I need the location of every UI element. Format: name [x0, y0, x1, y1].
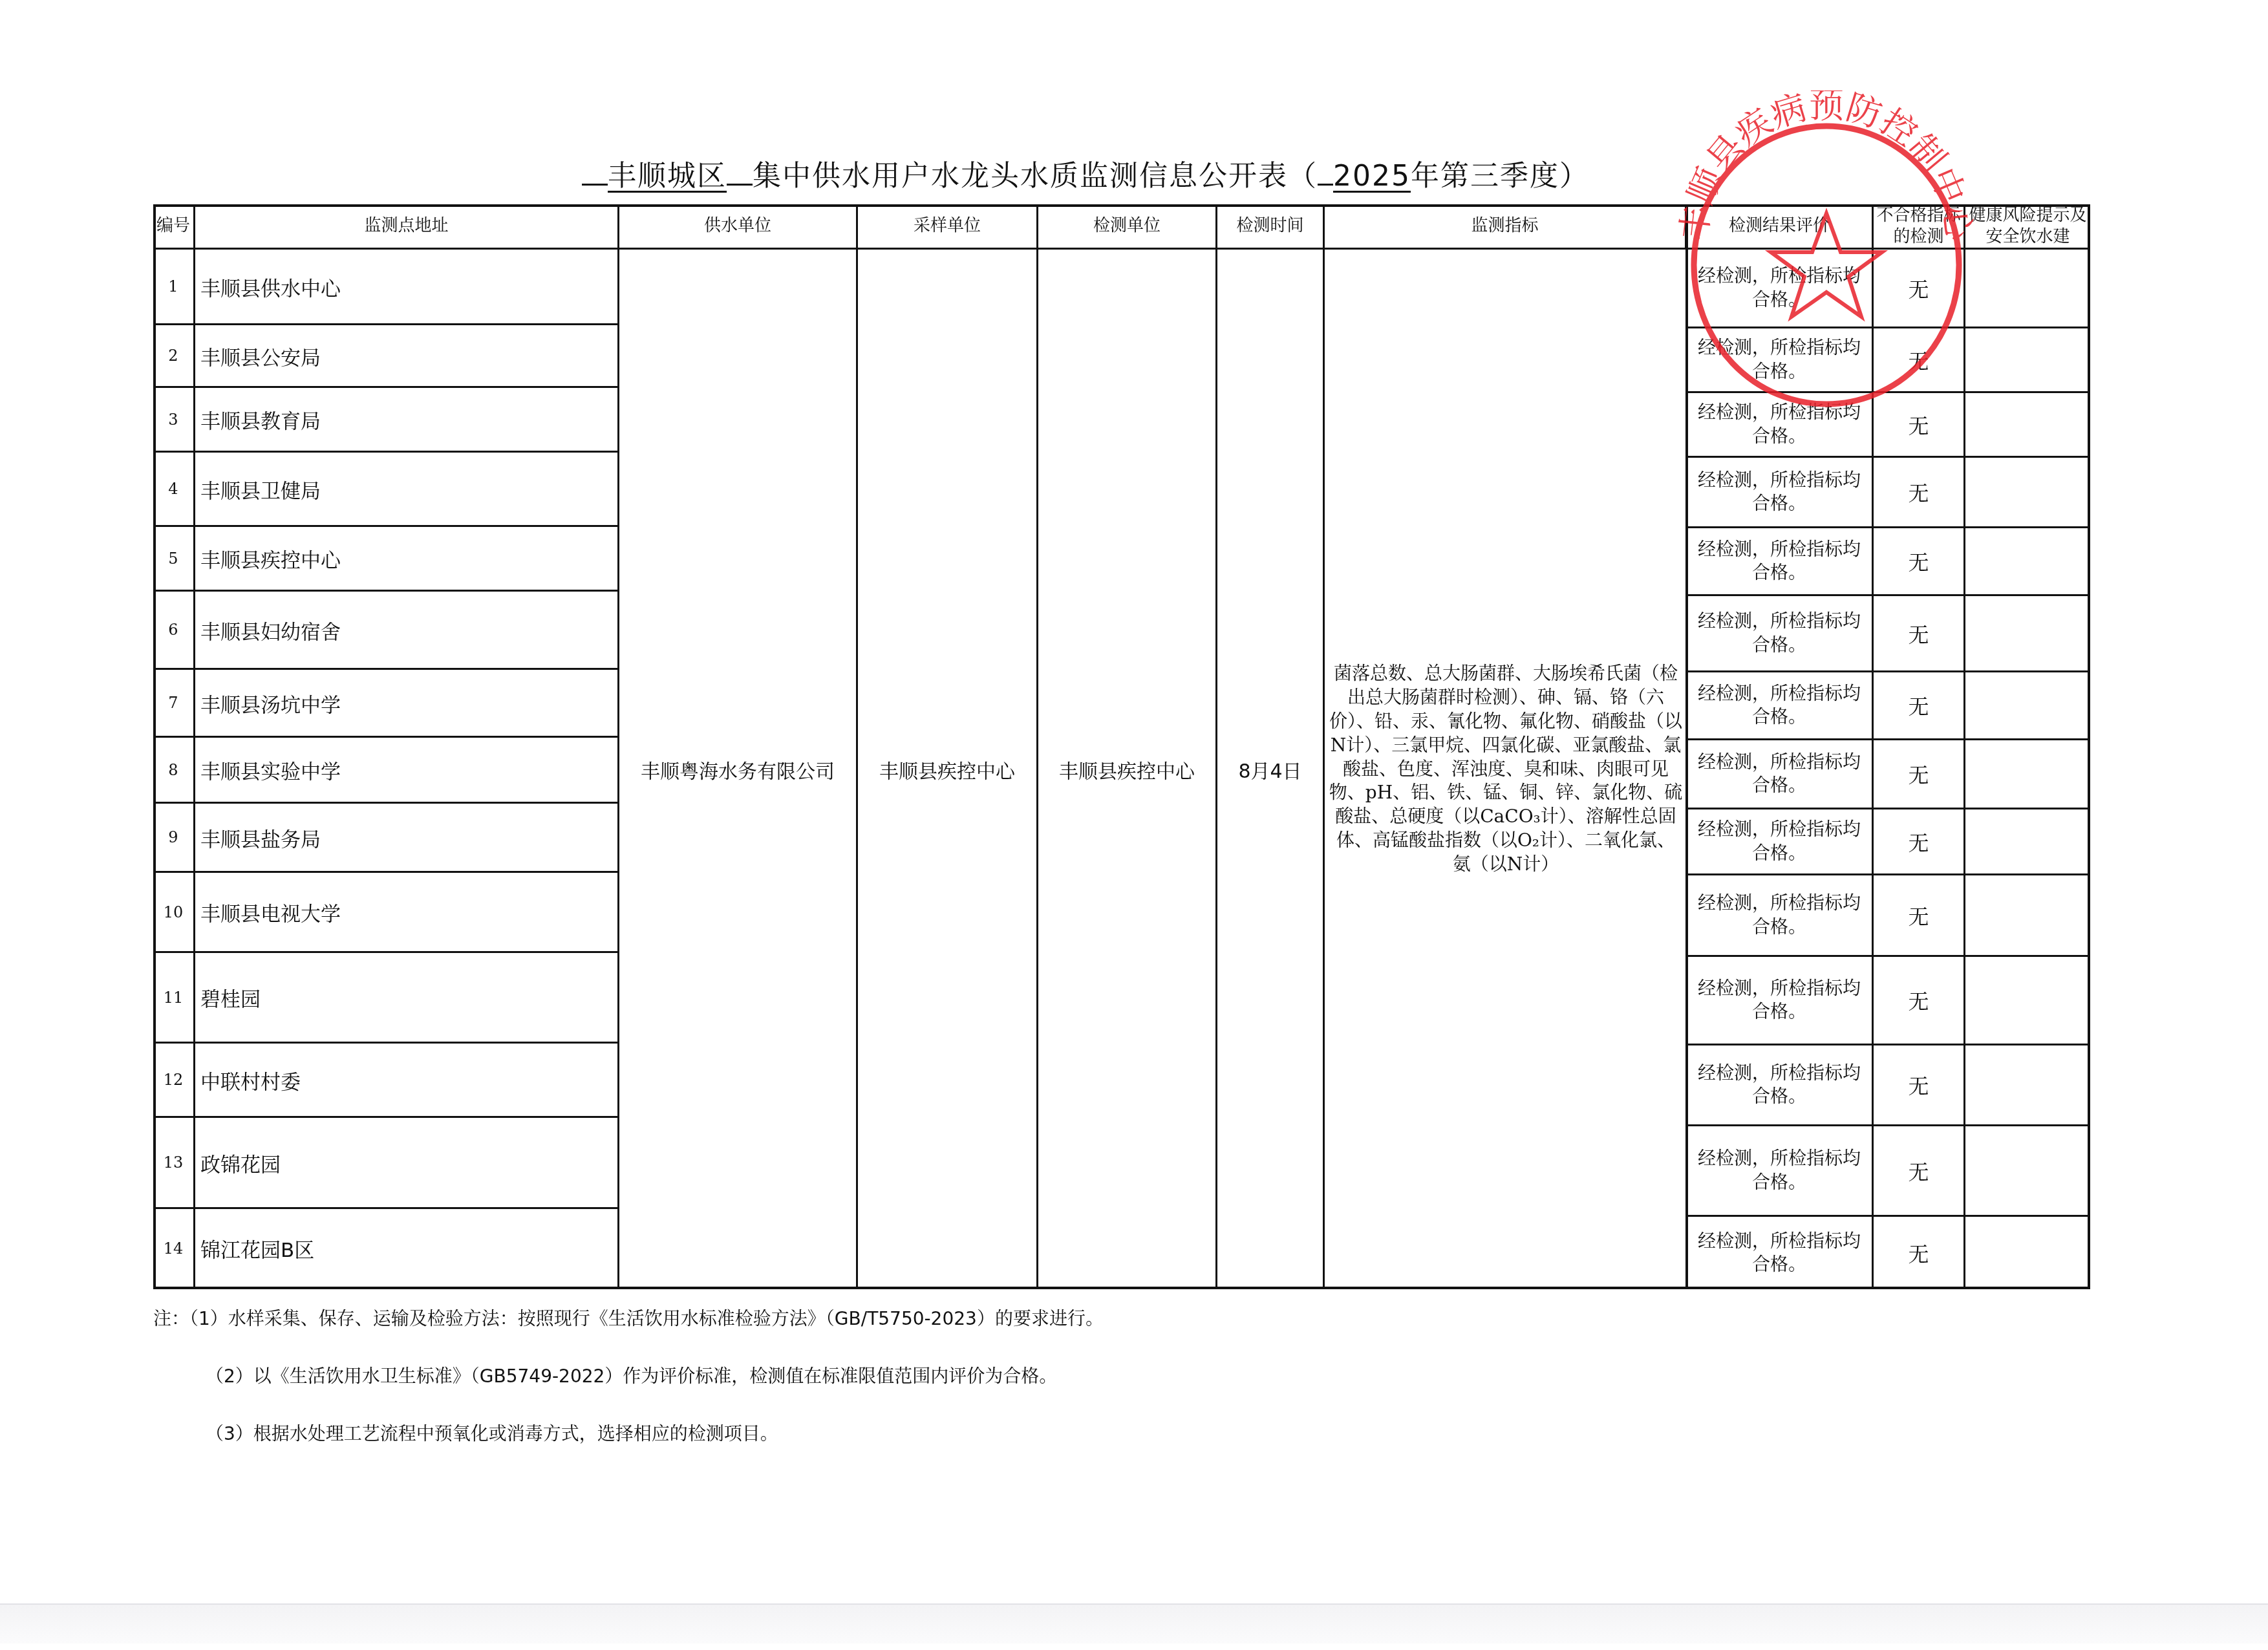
row-number: 5: [153, 527, 195, 592]
header-water-supplier: 供水单位: [619, 204, 858, 250]
header-indicators: 监测指标: [1325, 204, 1687, 250]
header-sampling-unit: 采样单位: [858, 204, 1038, 250]
result-evaluation: 经检测，所检指标均合格。: [1687, 875, 1874, 957]
failed-indicators: 无: [1874, 740, 1965, 809]
monitoring-point-address: 丰顺县教育局: [195, 388, 619, 453]
failed-indicators: 无: [1874, 1217, 1965, 1289]
row-number: 13: [153, 1118, 195, 1209]
row-number: 11: [153, 953, 195, 1044]
result-evaluation: 经检测，所检指标均合格。: [1687, 1217, 1874, 1289]
failed-indicators: 无: [1874, 528, 1965, 596]
header-testing-unit: 检测单位: [1038, 204, 1217, 250]
testing-unit-cell: 丰顺县疾控中心: [1038, 250, 1217, 1289]
header-address: 监测点地址: [195, 204, 619, 250]
scan-edge: [0, 1603, 2268, 1644]
indicators-cell: 菌落总数、总大肠菌群、大肠埃希氏菌（检出总大肠菌群时检测）、砷、镉、铬（六价）、…: [1325, 250, 1687, 1289]
failed-indicators: 无: [1874, 393, 1965, 458]
health-advice: [1965, 809, 2090, 875]
row-number: 2: [153, 325, 195, 388]
health-advice: [1965, 528, 2090, 596]
result-evaluation: 经检测，所检指标均合格。: [1687, 528, 1874, 596]
title-region: 丰顺城区: [608, 160, 727, 193]
monitoring-point-address: 锦江花园B区: [195, 1209, 619, 1289]
monitoring-point-address: 丰顺县卫健局: [195, 453, 619, 527]
row-number: 6: [153, 592, 195, 670]
result-evaluation: 经检测，所检指标均合格。: [1687, 1126, 1874, 1217]
health-advice: [1965, 328, 2090, 393]
result-evaluation: 经检测，所检指标均合格。: [1687, 250, 1874, 328]
result-evaluation: 经检测，所检指标均合格。: [1687, 393, 1874, 458]
result-evaluation: 经检测，所检指标均合格。: [1687, 328, 1874, 393]
note-2: （2）以《生活饮用水卫生标准》（GB5749-2022）作为评价标准，检测值在标…: [206, 1362, 1057, 1388]
test-date-cell: 8月4日: [1217, 250, 1325, 1289]
health-advice: [1965, 875, 2090, 957]
failed-indicators: 无: [1874, 809, 1965, 875]
health-advice: [1965, 393, 2090, 458]
monitoring-point-address: 丰顺县公安局: [195, 325, 619, 388]
failed-indicators: 无: [1874, 328, 1965, 393]
monitoring-point-address: 碧桂园: [195, 953, 619, 1044]
water-supplier-cell: 丰顺粤海水务有限公司: [619, 250, 858, 1289]
monitoring-point-address: 丰顺县疾控中心: [195, 527, 619, 592]
result-evaluation: 经检测，所检指标均合格。: [1687, 596, 1874, 672]
row-number: 10: [153, 873, 195, 953]
monitoring-point-address: 丰顺县电视大学: [195, 873, 619, 953]
failed-indicators: 无: [1874, 458, 1965, 528]
result-evaluation: 经检测，所检指标均合格。: [1687, 809, 1874, 875]
monitoring-table: 编号监测点地址供水单位采样单位检测单位检测时间监测指标1丰顺县供水中心2丰顺县公…: [153, 204, 1688, 1289]
monitoring-point-address: 政锦花园: [195, 1118, 619, 1209]
failed-indicators: 无: [1874, 1126, 1965, 1217]
health-advice: [1965, 957, 2090, 1045]
header-test-date: 检测时间: [1217, 204, 1325, 250]
row-number: 3: [153, 388, 195, 453]
health-advice: [1965, 1126, 2090, 1217]
header-result-evaluation: 检测结果评价: [1687, 204, 1874, 250]
health-advice: [1965, 458, 2090, 528]
monitoring-point-address: 丰顺县汤坑中学: [195, 670, 619, 738]
title-underline-pad: [582, 182, 608, 186]
health-advice: [1965, 596, 2090, 672]
title-underline-pad: [1318, 182, 1333, 186]
failed-indicators: 无: [1874, 1045, 1965, 1126]
row-number: 7: [153, 670, 195, 738]
monitoring-point-address: 中联村村委: [195, 1044, 619, 1118]
note-3: （3）根据水处理工艺流程中预氧化或消毒方式，选择相应的检测项目。: [206, 1420, 778, 1446]
result-evaluation: 经检测，所检指标均合格。: [1687, 1045, 1874, 1126]
failed-indicators: 无: [1874, 672, 1965, 740]
failed-indicators: 无: [1874, 957, 1965, 1045]
row-number: 8: [153, 738, 195, 804]
document-title: 丰顺城区集中供水用户水龙头水质监测信息公开表（2025年第三季度）: [582, 153, 1589, 194]
title-period: 年第三季度）: [1411, 160, 1589, 193]
row-number: 14: [153, 1209, 195, 1289]
monitoring-point-address: 丰顺县实验中学: [195, 738, 619, 804]
monitoring-point-address: 丰顺县供水中心: [195, 250, 619, 325]
row-number: 1: [153, 250, 195, 325]
health-advice: [1965, 740, 2090, 809]
monitoring-point-address: 丰顺县盐务局: [195, 804, 619, 873]
result-evaluation: 经检测，所检指标均合格。: [1687, 672, 1874, 740]
monitoring-point-address: 丰顺县妇幼宿舍: [195, 592, 619, 670]
result-evaluation: 经检测，所检指标均合格。: [1687, 957, 1874, 1045]
header-health-advice: 健康风险提示及安全饮水建: [1965, 204, 2090, 250]
row-number: 9: [153, 804, 195, 873]
sampling-unit-cell: 丰顺县疾控中心: [858, 250, 1038, 1289]
failed-indicators: 无: [1874, 875, 1965, 957]
title-year: 2025: [1333, 160, 1411, 193]
results-table: 检测结果评价不合格指标的检测健康风险提示及安全饮水建经检测，所检指标均合格。无经…: [1687, 204, 2090, 1289]
header-failed-indicators: 不合格指标的检测: [1874, 204, 1965, 250]
result-evaluation: 经检测，所检指标均合格。: [1687, 740, 1874, 809]
health-advice: [1965, 1045, 2090, 1126]
row-number: 12: [153, 1044, 195, 1118]
row-number: 4: [153, 453, 195, 527]
health-advice: [1965, 1217, 2090, 1289]
result-evaluation: 经检测，所检指标均合格。: [1687, 458, 1874, 528]
header-number: 编号: [153, 204, 195, 250]
failed-indicators: 无: [1874, 596, 1965, 672]
failed-indicators: 无: [1874, 250, 1965, 328]
title-underline-pad: [727, 182, 753, 186]
note-1: 注：（1）水样采集、保存、运输及检验方法：按照现行《生活饮用水标准检验方法》（G…: [153, 1305, 1104, 1331]
title-main: 集中供水用户水龙头水质监测信息公开表（: [753, 160, 1318, 193]
health-advice: [1965, 250, 2090, 328]
health-advice: [1965, 672, 2090, 740]
